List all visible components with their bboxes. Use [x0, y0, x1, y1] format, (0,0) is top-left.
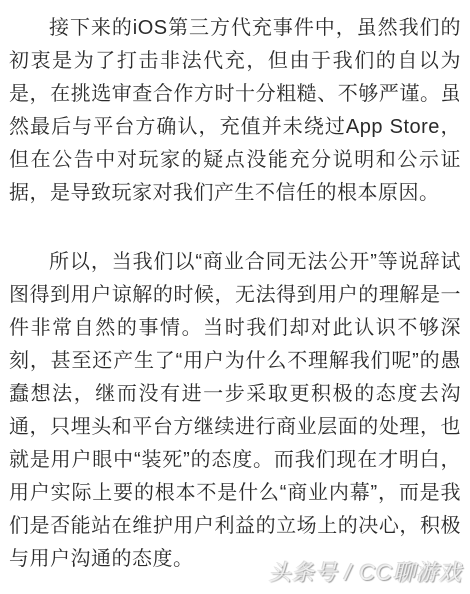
article-body: 接下来的iOS第三方代充事件中，虽然我们的初衷是为了打击非法代充，但由于我们的自…	[9, 12, 461, 576]
watermark-toutiao-cc: 头条号 / CC聊游戏	[269, 556, 462, 587]
article-page: 接下来的iOS第三方代充事件中，虽然我们的初衷是为了打击非法代充，但由于我们的自…	[0, 0, 470, 594]
paragraph-1: 接下来的iOS第三方代充事件中，虽然我们的初衷是为了打击非法代充，但由于我们的自…	[9, 12, 461, 210]
paragraph-2: 所以，当我们以“商业合同无法公开”等说辞试图得到用户谅解的时候，无法得到用户的理…	[9, 246, 461, 576]
